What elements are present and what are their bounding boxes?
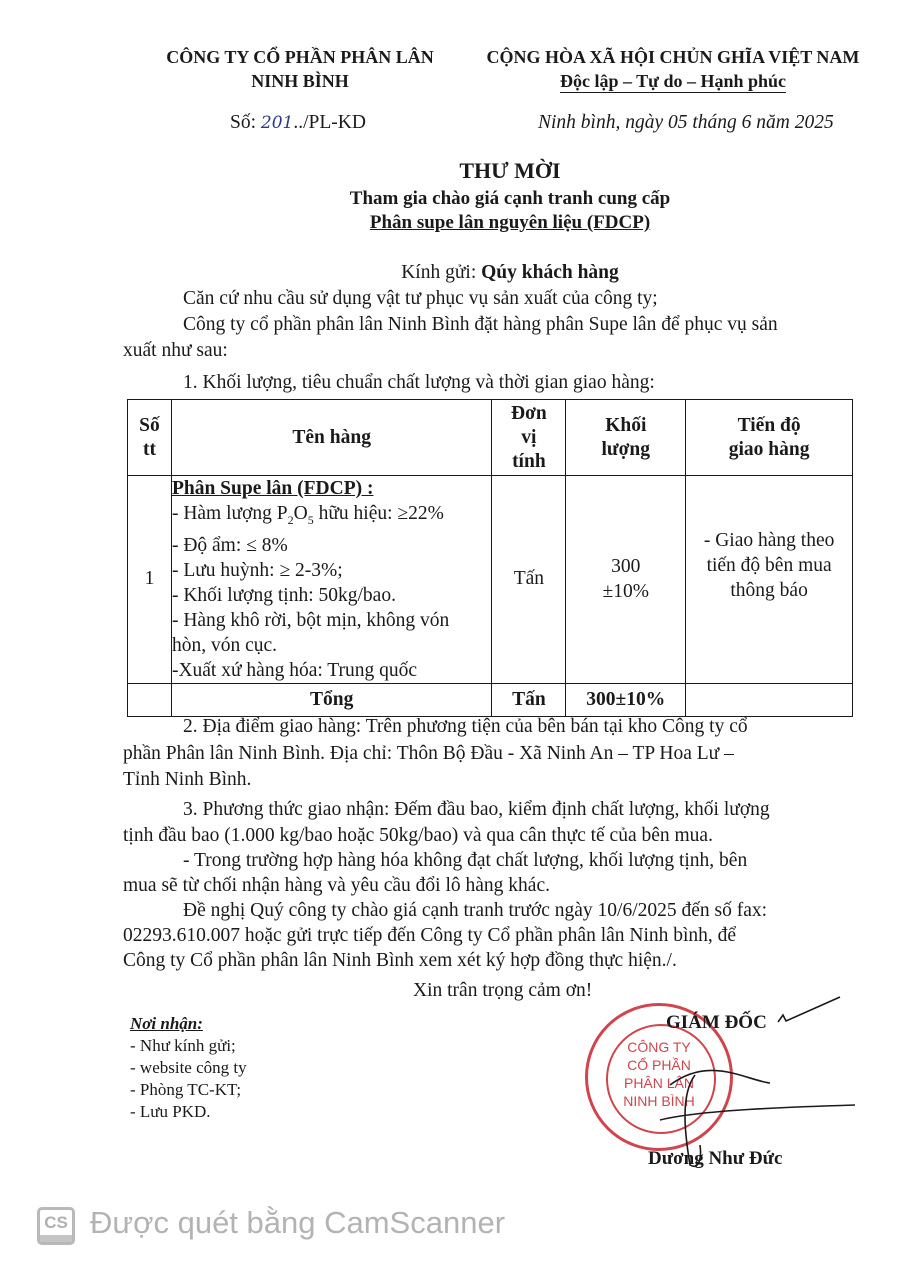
intro-paragraph-2-line2: xuất như sau: bbox=[123, 338, 228, 365]
col-header-name: Tên hàng bbox=[171, 400, 491, 476]
closing-thanks: Xin trân trọng cảm ơn! bbox=[413, 978, 592, 1005]
cell-quantity: 300±10% bbox=[566, 476, 686, 684]
recipients-title: Nơi nhận: bbox=[130, 1013, 247, 1035]
request-line2: 02293.610.007 hoặc gửi trực tiếp đến Côn… bbox=[123, 923, 736, 950]
spec-sulfur: - Lưu huỳnh: ≥ 2-3%; bbox=[172, 558, 489, 583]
section-2-line1: 2. Địa điểm giao hàng: Trên phương tiện … bbox=[183, 714, 748, 741]
greeting: Kính gửi: Qúy khách hàng bbox=[150, 260, 870, 287]
recipient-item: - website công ty bbox=[130, 1057, 247, 1079]
doc-number-label: Số: bbox=[230, 112, 261, 133]
table-row: 1 Phân Supe lân (FDCP) : - Hàm lượng P2O… bbox=[128, 476, 853, 684]
letter-subject-text: Phân supe lân nguyên liệu (FDCP) bbox=[370, 212, 650, 233]
doc-number-handwritten: 201 bbox=[261, 113, 293, 133]
total-stt-empty bbox=[128, 683, 172, 716]
signer-name: Dương Như Đức bbox=[648, 1148, 782, 1170]
recipient-item: - Phòng TC-KT; bbox=[130, 1079, 247, 1101]
intro-paragraph-1: Căn cứ nhu cầu sử dụng vật tư phục vụ sả… bbox=[183, 286, 658, 313]
recipients-block: Nơi nhận: - Như kính gửi; - website công… bbox=[130, 1013, 247, 1123]
camscanner-logo-icon: CS bbox=[37, 1207, 75, 1245]
spec-form-line2: hòn, vón cục. bbox=[172, 633, 489, 658]
total-label: Tổng bbox=[171, 683, 491, 716]
cell-product: Phân Supe lân (FDCP) : - Hàm lượng P2O5 … bbox=[171, 476, 491, 684]
company-name-line1: CÔNG TY CỔ PHẦN PHÂN LÂN bbox=[150, 45, 450, 69]
request-line1: Đề nghị Quý công ty chào giá cạnh tranh … bbox=[183, 898, 767, 925]
section-3-line1: 3. Phương thức giao nhận: Đếm đầu bao, k… bbox=[183, 797, 770, 824]
spec-moisture: - Độ ẩm: ≤ 8% bbox=[172, 533, 489, 558]
document-number: Số: 201../PL-KD bbox=[230, 110, 366, 137]
section-2-line3: Tỉnh Ninh Bình. bbox=[123, 767, 251, 794]
cell-unit: Tấn bbox=[492, 476, 566, 684]
section-3-note-line2: mua sẽ từ chối nhận hàng và yêu cầu đổi … bbox=[123, 873, 550, 900]
section-3-line2: tịnh đầu bao (1.000 kg/bao hoặc 50kg/bao… bbox=[123, 823, 713, 850]
company-name: CÔNG TY CỔ PHẦN PHÂN LÂN NINH BÌNH bbox=[150, 45, 450, 93]
company-name-line2: NINH BÌNH bbox=[150, 69, 450, 93]
greeting-recipient: Qúy khách hàng bbox=[481, 262, 619, 283]
table-total-row: Tổng Tấn 300±10% bbox=[128, 683, 853, 716]
total-schedule-empty bbox=[686, 683, 853, 716]
section-1-heading: 1. Khối lượng, tiêu chuẩn chất lượng và … bbox=[183, 370, 655, 397]
total-quantity: 300±10% bbox=[566, 683, 686, 716]
recipient-item: - Như kính gửi; bbox=[130, 1035, 247, 1057]
place-date: Ninh bình, ngày 05 tháng 6 năm 2025 bbox=[538, 110, 834, 137]
table-header-row: Sốtt Tên hàng Đơnvịtính Khốilượng Tiến đ… bbox=[128, 400, 853, 476]
total-unit: Tấn bbox=[492, 683, 566, 716]
col-header-quantity: Khốilượng bbox=[566, 400, 686, 476]
letter-subject: Phân supe lân nguyên liệu (FDCP) bbox=[150, 211, 870, 235]
section-2-line2: phần Phân lân Ninh Bình. Địa chỉ: Thôn B… bbox=[123, 741, 734, 768]
spec-weight: - Khối lượng tịnh: 50kg/bao. bbox=[172, 583, 489, 608]
col-header-stt: Sốtt bbox=[128, 400, 172, 476]
letter-title: THƯ MỜI bbox=[150, 157, 870, 185]
recipient-item: - Lưu PKD. bbox=[130, 1101, 247, 1123]
greeting-label: Kính gửi: bbox=[401, 262, 481, 283]
cell-schedule: - Giao hàng theotiến độ bên muathông báo bbox=[686, 476, 853, 684]
doc-number-suffix: ../PL-KD bbox=[293, 112, 366, 133]
intro-paragraph-2-line1: Công ty cổ phần phân lân Ninh Bình đặt h… bbox=[183, 312, 778, 339]
nation-title: CỘNG HÒA XÃ HỘI CHỦN GHĨA VIỆT NAM bbox=[468, 45, 878, 69]
motto: Độc lập – Tự do – Hạnh phúc bbox=[468, 69, 878, 93]
request-line3: Công ty Cổ phần phân lân Ninh Bình xem x… bbox=[123, 948, 677, 975]
section-3-note-line1: - Trong trường hợp hàng hóa không đạt ch… bbox=[183, 848, 747, 875]
spec-origin: -Xuất xứ hàng hóa: Trung quốc bbox=[172, 658, 489, 683]
letter-subtitle: Tham gia chào giá cạnh tranh cung cấp bbox=[150, 187, 870, 211]
motto-text: Độc lập – Tự do – Hạnh phúc bbox=[560, 71, 786, 93]
cell-stt: 1 bbox=[128, 476, 172, 684]
product-name: Phân Supe lân (FDCP) : bbox=[172, 476, 489, 501]
col-header-schedule: Tiến độgiao hàng bbox=[686, 400, 853, 476]
national-motto: CỘNG HÒA XÃ HỘI CHỦN GHĨA VIỆT NAM Độc l… bbox=[468, 45, 878, 93]
spec-p2o5: - Hàm lượng P2O5 hữu hiệu: ≥22% bbox=[172, 501, 489, 533]
camscanner-watermark: Được quét bằng CamScanner bbox=[90, 1205, 505, 1241]
spec-form-line1: - Hàng khô rời, bột mịn, không vón bbox=[172, 608, 489, 633]
col-header-unit: Đơnvịtính bbox=[492, 400, 566, 476]
goods-table: Sốtt Tên hàng Đơnvịtính Khốilượng Tiến đ… bbox=[127, 399, 853, 717]
